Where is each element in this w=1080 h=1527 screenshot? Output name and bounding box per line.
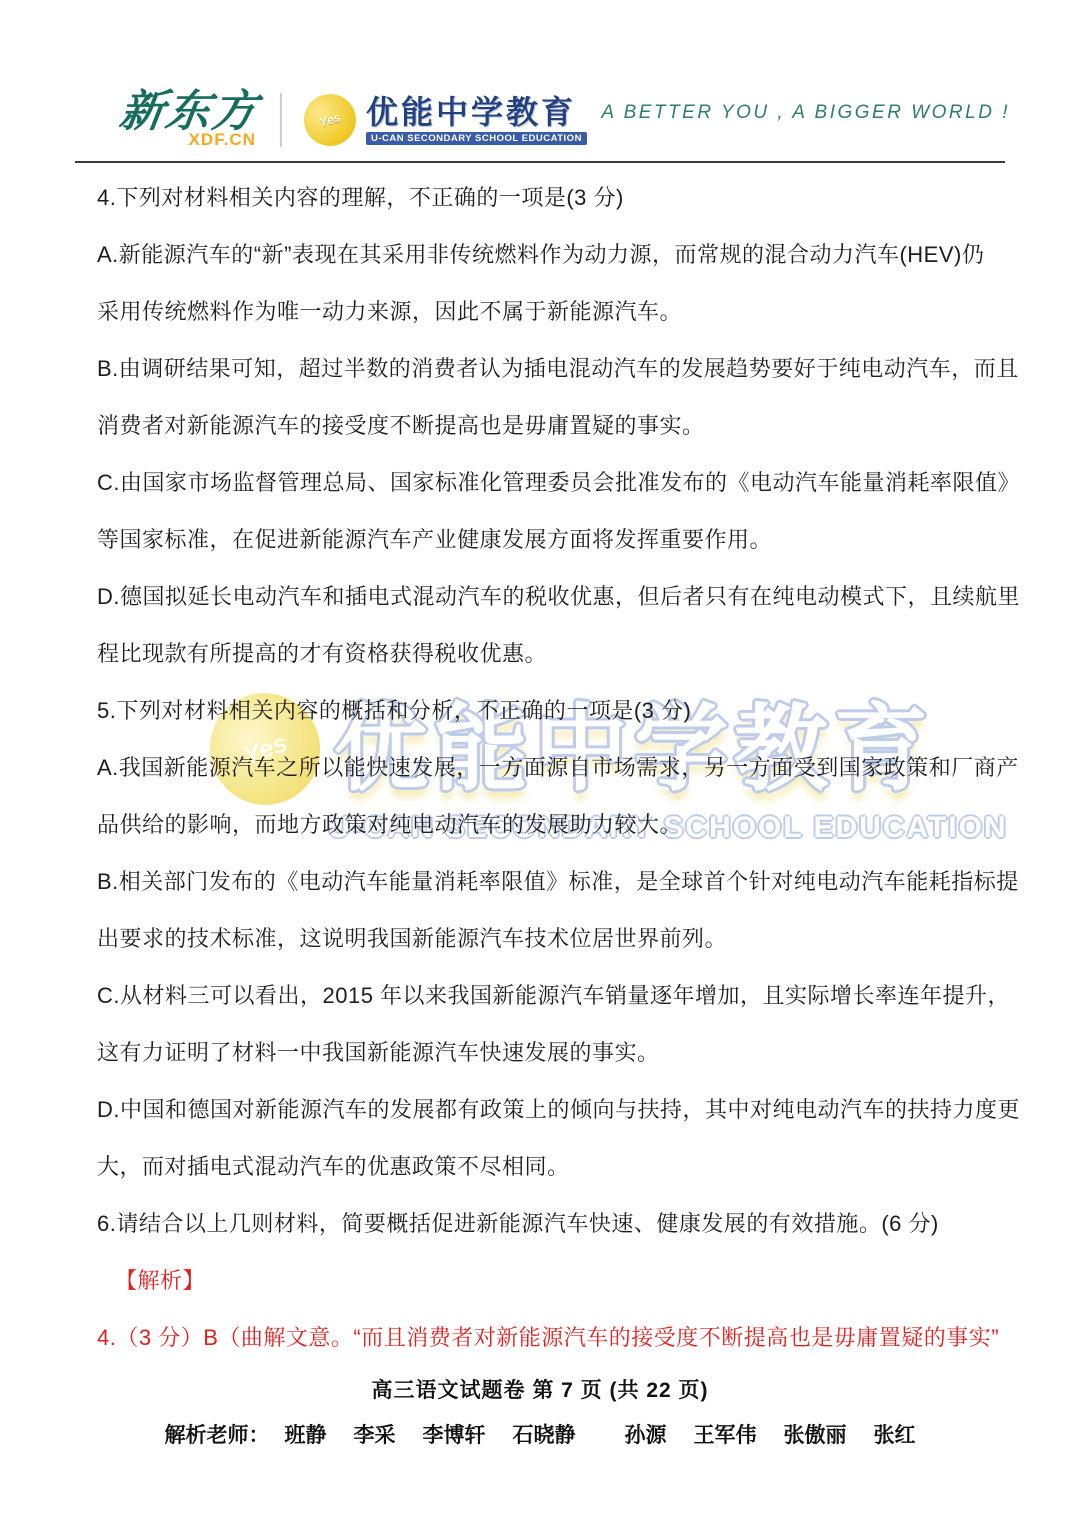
q5-option-c-line2: 这有力证明了材料一中我国新能源汽车快速发展的事实。 bbox=[97, 1023, 989, 1080]
teacher-name: 李博轩 bbox=[423, 1419, 486, 1449]
ucan-logo: Yes 优能中学教育 U-CAN SECONDARY SCHOOL EDUCAT… bbox=[304, 94, 587, 146]
analysis-answer-q4: 4.（3 分）B（曲解文意。“而且消费者对新能源汽车的接受度不断提高也是毋庸置疑… bbox=[97, 1308, 989, 1365]
q4-option-c-line2: 等国家标准，在促进新能源汽车产业健康发展方面将发挥重要作用。 bbox=[97, 510, 989, 567]
page-footer: 高三语文试题卷 第 7 页 (共 22 页) 解析老师： 班静 李采 李博轩 石… bbox=[0, 1374, 1080, 1449]
ucan-logo-text: 优能中学教育 U-CAN SECONDARY SCHOOL EDUCATION bbox=[366, 95, 587, 145]
q4-option-b-line1: B.由调研结果可知，超过半数的消费者认为插电混动汽车的发展趋势要好于纯电动汽车，… bbox=[97, 339, 989, 396]
page-number-info: 高三语文试题卷 第 7 页 (共 22 页) bbox=[0, 1374, 1080, 1404]
logo-divider bbox=[280, 93, 282, 147]
teachers-label: 解析老师： bbox=[165, 1419, 270, 1449]
teacher-name: 李采 bbox=[354, 1419, 396, 1449]
analysis-teachers-row: 解析老师： 班静 李采 李博轩 石晓静 孙源 王军伟 张傲丽 张红 bbox=[0, 1419, 1080, 1449]
page-header: 新东方 XDF.CN Yes 优能中学教育 U-CAN SECONDARY SC… bbox=[120, 78, 1010, 162]
question-5-stem: 5.下列对材料相关内容的概括和分析，不正确的一项是(3 分) bbox=[97, 681, 989, 738]
q5-option-d-line2: 大，而对插电式混动汽车的优惠政策不尽相同。 bbox=[97, 1137, 989, 1194]
ucan-brand-cn: 优能中学教育 bbox=[366, 95, 587, 130]
q4-option-a-line2: 采用传统燃料作为唯一动力来源，因此不属于新能源汽车。 bbox=[97, 282, 989, 339]
teacher-name: 石晓静 bbox=[513, 1419, 576, 1449]
xdf-brand-text: 新东方 bbox=[117, 90, 261, 134]
q5-option-a-line1: A.我国新能源汽车之所以能快速发展，一方面源自市场需求，另一方面受到国家政策和厂… bbox=[97, 738, 989, 795]
xdf-logo: 新东方 XDF.CN bbox=[120, 90, 258, 150]
q4-option-d-line1: D.德国拟延长电动汽车和插电式混动汽车的税收优惠，但后者只有在纯电动模式下，且续… bbox=[97, 567, 989, 624]
teacher-name: 张红 bbox=[874, 1419, 916, 1449]
exam-text-body: 4.下列对材料相关内容的理解，不正确的一项是(3 分) A.新能源汽车的“新”表… bbox=[97, 168, 989, 1365]
ucan-globe-icon: Yes bbox=[297, 87, 363, 153]
q5-option-b-line2: 出要求的技术标准，这说明我国新能源汽车技术位居世界前列。 bbox=[97, 909, 989, 966]
exam-page: 新东方 XDF.CN Yes 优能中学教育 U-CAN SECONDARY SC… bbox=[0, 0, 1080, 1527]
teacher-name: 班静 bbox=[285, 1419, 327, 1449]
ucan-brand-en: U-CAN SECONDARY SCHOOL EDUCATION bbox=[366, 132, 587, 145]
teacher-name: 王军伟 bbox=[694, 1419, 757, 1449]
q4-option-a-line1: A.新能源汽车的“新”表现在其采用非传统燃料作为动力源，而常规的混合动力汽车(H… bbox=[97, 225, 989, 282]
q4-option-c-line1: C.由国家市场监督管理总局、国家标准化管理委员会批准发布的《电动汽车能量消耗率限… bbox=[97, 453, 989, 510]
q5-option-c-line1: C.从材料三可以看出，2015 年以来我国新能源汽车销量逐年增加，且实际增长率连… bbox=[97, 966, 989, 1023]
q4-option-b-line2: 消费者对新能源汽车的接受度不断提高也是毋庸置疑的事实。 bbox=[97, 396, 989, 453]
q5-option-d-line1: D.中国和德国对新能源汽车的发展都有政策上的倾向与扶持，其中对纯电动汽车的扶持力… bbox=[97, 1080, 989, 1137]
question-4-stem: 4.下列对材料相关内容的理解，不正确的一项是(3 分) bbox=[97, 168, 989, 225]
brand-slogan: A BETTER YOU , A BIGGER WORLD ! bbox=[601, 102, 1010, 138]
header-divider-line bbox=[75, 161, 1005, 163]
analysis-heading: 【解析】 bbox=[97, 1251, 989, 1308]
q5-option-a-line2: 品供给的影响，而地方政策对纯电动汽车的发展助力较大。 bbox=[97, 795, 989, 852]
q5-option-b-line1: B.相关部门发布的《电动汽车能量消耗率限值》标准，是全球首个针对纯电动汽车能耗指… bbox=[97, 852, 989, 909]
teacher-name: 孙源 bbox=[625, 1419, 667, 1449]
question-6-stem: 6.请结合以上几则材料，简要概括促进新能源汽车快速、健康发展的有效措施。(6 分… bbox=[97, 1194, 989, 1251]
teacher-name: 张傲丽 bbox=[784, 1419, 847, 1449]
q4-option-d-line2: 程比现款有所提高的才有资格获得税收优惠。 bbox=[97, 624, 989, 681]
